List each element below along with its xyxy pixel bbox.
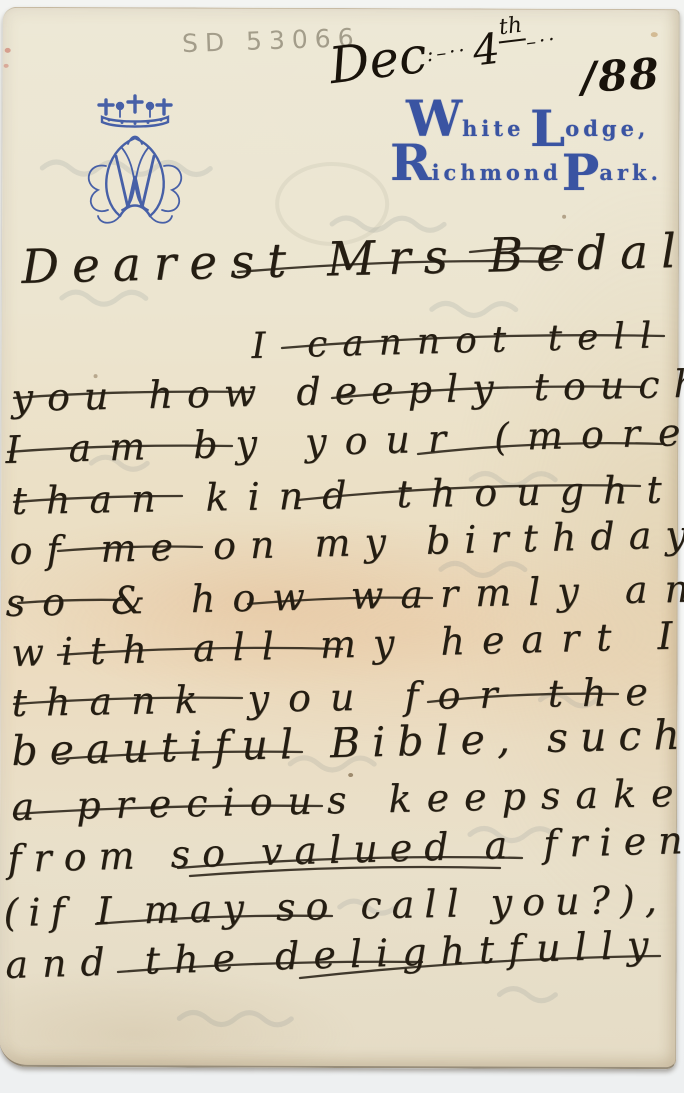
red-speck — [5, 48, 11, 53]
letterhead-word: ark. — [599, 160, 662, 185]
date-ordinal: th — [496, 12, 526, 43]
letterhead-initial-l: L — [530, 104, 565, 154]
crowned-monogram-crest-icon — [70, 90, 200, 230]
letterhead-initial-r: R — [390, 133, 432, 192]
letterhead-address: White Lodge, RichmondPark. — [406, 94, 662, 188]
date-separator: –·· — [525, 26, 559, 54]
letterhead-line-2: RichmondPark. — [390, 138, 662, 188]
red-speck — [4, 64, 9, 68]
date-separator: :–·· — [425, 37, 469, 66]
letterhead-initial-p: P — [562, 148, 600, 198]
brown-speck — [348, 773, 353, 777]
letterhead-word: ichmond — [432, 160, 562, 185]
date-month: Dec — [326, 26, 430, 95]
brown-speck — [562, 215, 566, 219]
scanned-letter-page: { "scan": { "pencil_mark": "SD 53066", "… — [0, 0, 684, 1093]
letterhead-line-1: White Lodge, — [406, 94, 662, 144]
